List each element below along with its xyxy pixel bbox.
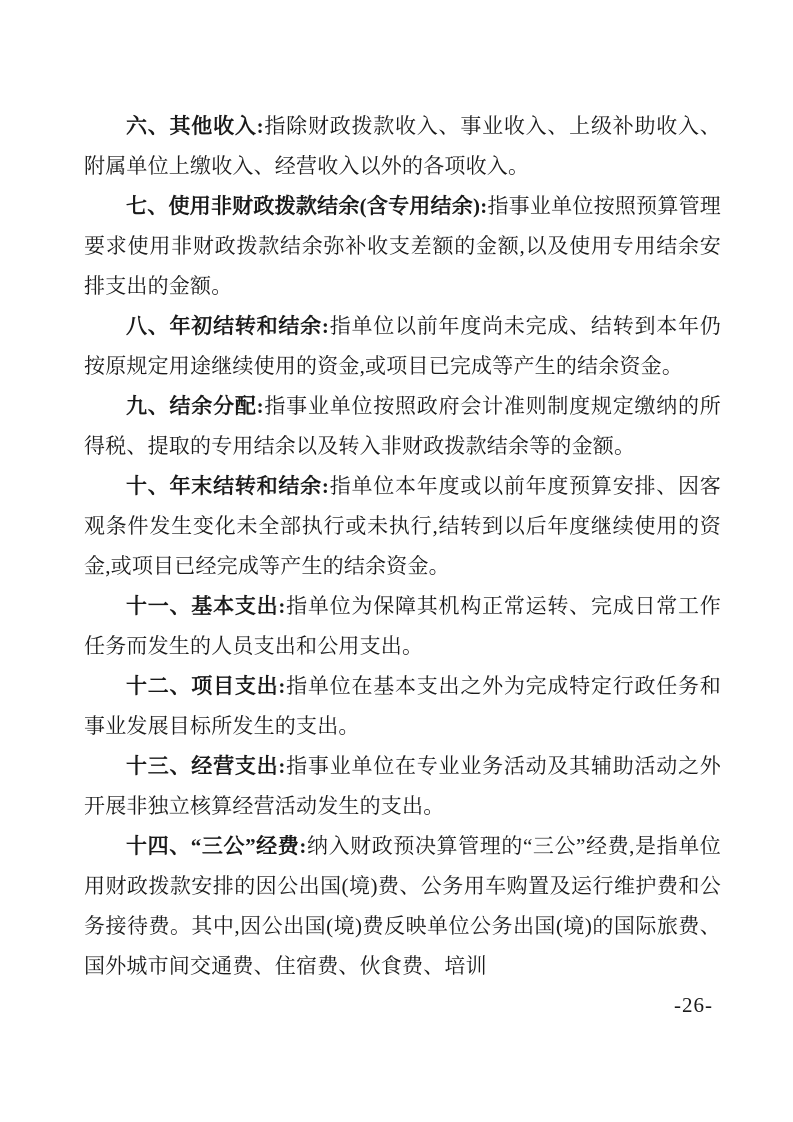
definition-paragraph: 八、年初结转和结余:指单位以前年度尚未完成、结转到本年仍按原规定用途继续使用的资… [84,306,721,386]
term-label: 九、结余分配: [126,394,264,418]
definition-paragraph: 十二、项目支出:指单位在基本支出之外为完成特定行政任务和事业发展目标所发生的支出… [84,666,721,746]
definition-paragraph: 十、年末结转和结余:指单位本年度或以前年度预算安排、因客观条件发生变化未全部执行… [84,466,721,586]
term-label: 八、年初结转和结余: [126,314,329,338]
page-number: -26- [674,993,713,1018]
definition-paragraph: 六、其他收入:指除财政拨款收入、事业收入、上级补助收入、附属单位上缴收入、经营收… [84,106,721,186]
term-label: 十一、基本支出: [126,594,286,618]
definition-paragraph: 十一、基本支出:指单位为保障其机构正常运转、完成日常工作任务而发生的人员支出和公… [84,586,721,666]
term-label: 十三、经营支出: [126,754,286,778]
definition-paragraph: 十四、“三公”经费:纳入财政预决算管理的“三公”经费,是指单位用财政拨款安排的因… [84,826,721,986]
term-label: 六、其他收入: [126,114,264,138]
definition-paragraph: 十三、经营支出:指事业单位在专业业务活动及其辅助活动之外开展非独立核算经营活动发… [84,746,721,826]
term-label: 十、年末结转和结余: [126,474,329,498]
document-page: 六、其他收入:指除财政拨款收入、事业收入、上级补助收入、附属单位上缴收入、经营收… [0,0,793,1122]
term-label: 七、使用非财政拨款结余(含专用结余): [126,194,487,218]
term-label: 十二、项目支出: [126,674,286,698]
definition-paragraph: 七、使用非财政拨款结余(含专用结余):指事业单位按照预算管理要求使用非财政拨款结… [84,186,721,306]
document-body: 六、其他收入:指除财政拨款收入、事业收入、上级补助收入、附属单位上缴收入、经营收… [84,106,721,986]
definition-paragraph: 九、结余分配:指事业单位按照政府会计准则制度规定缴纳的所得税、提取的专用结余以及… [84,386,721,466]
term-label: 十四、“三公”经费: [126,834,307,858]
